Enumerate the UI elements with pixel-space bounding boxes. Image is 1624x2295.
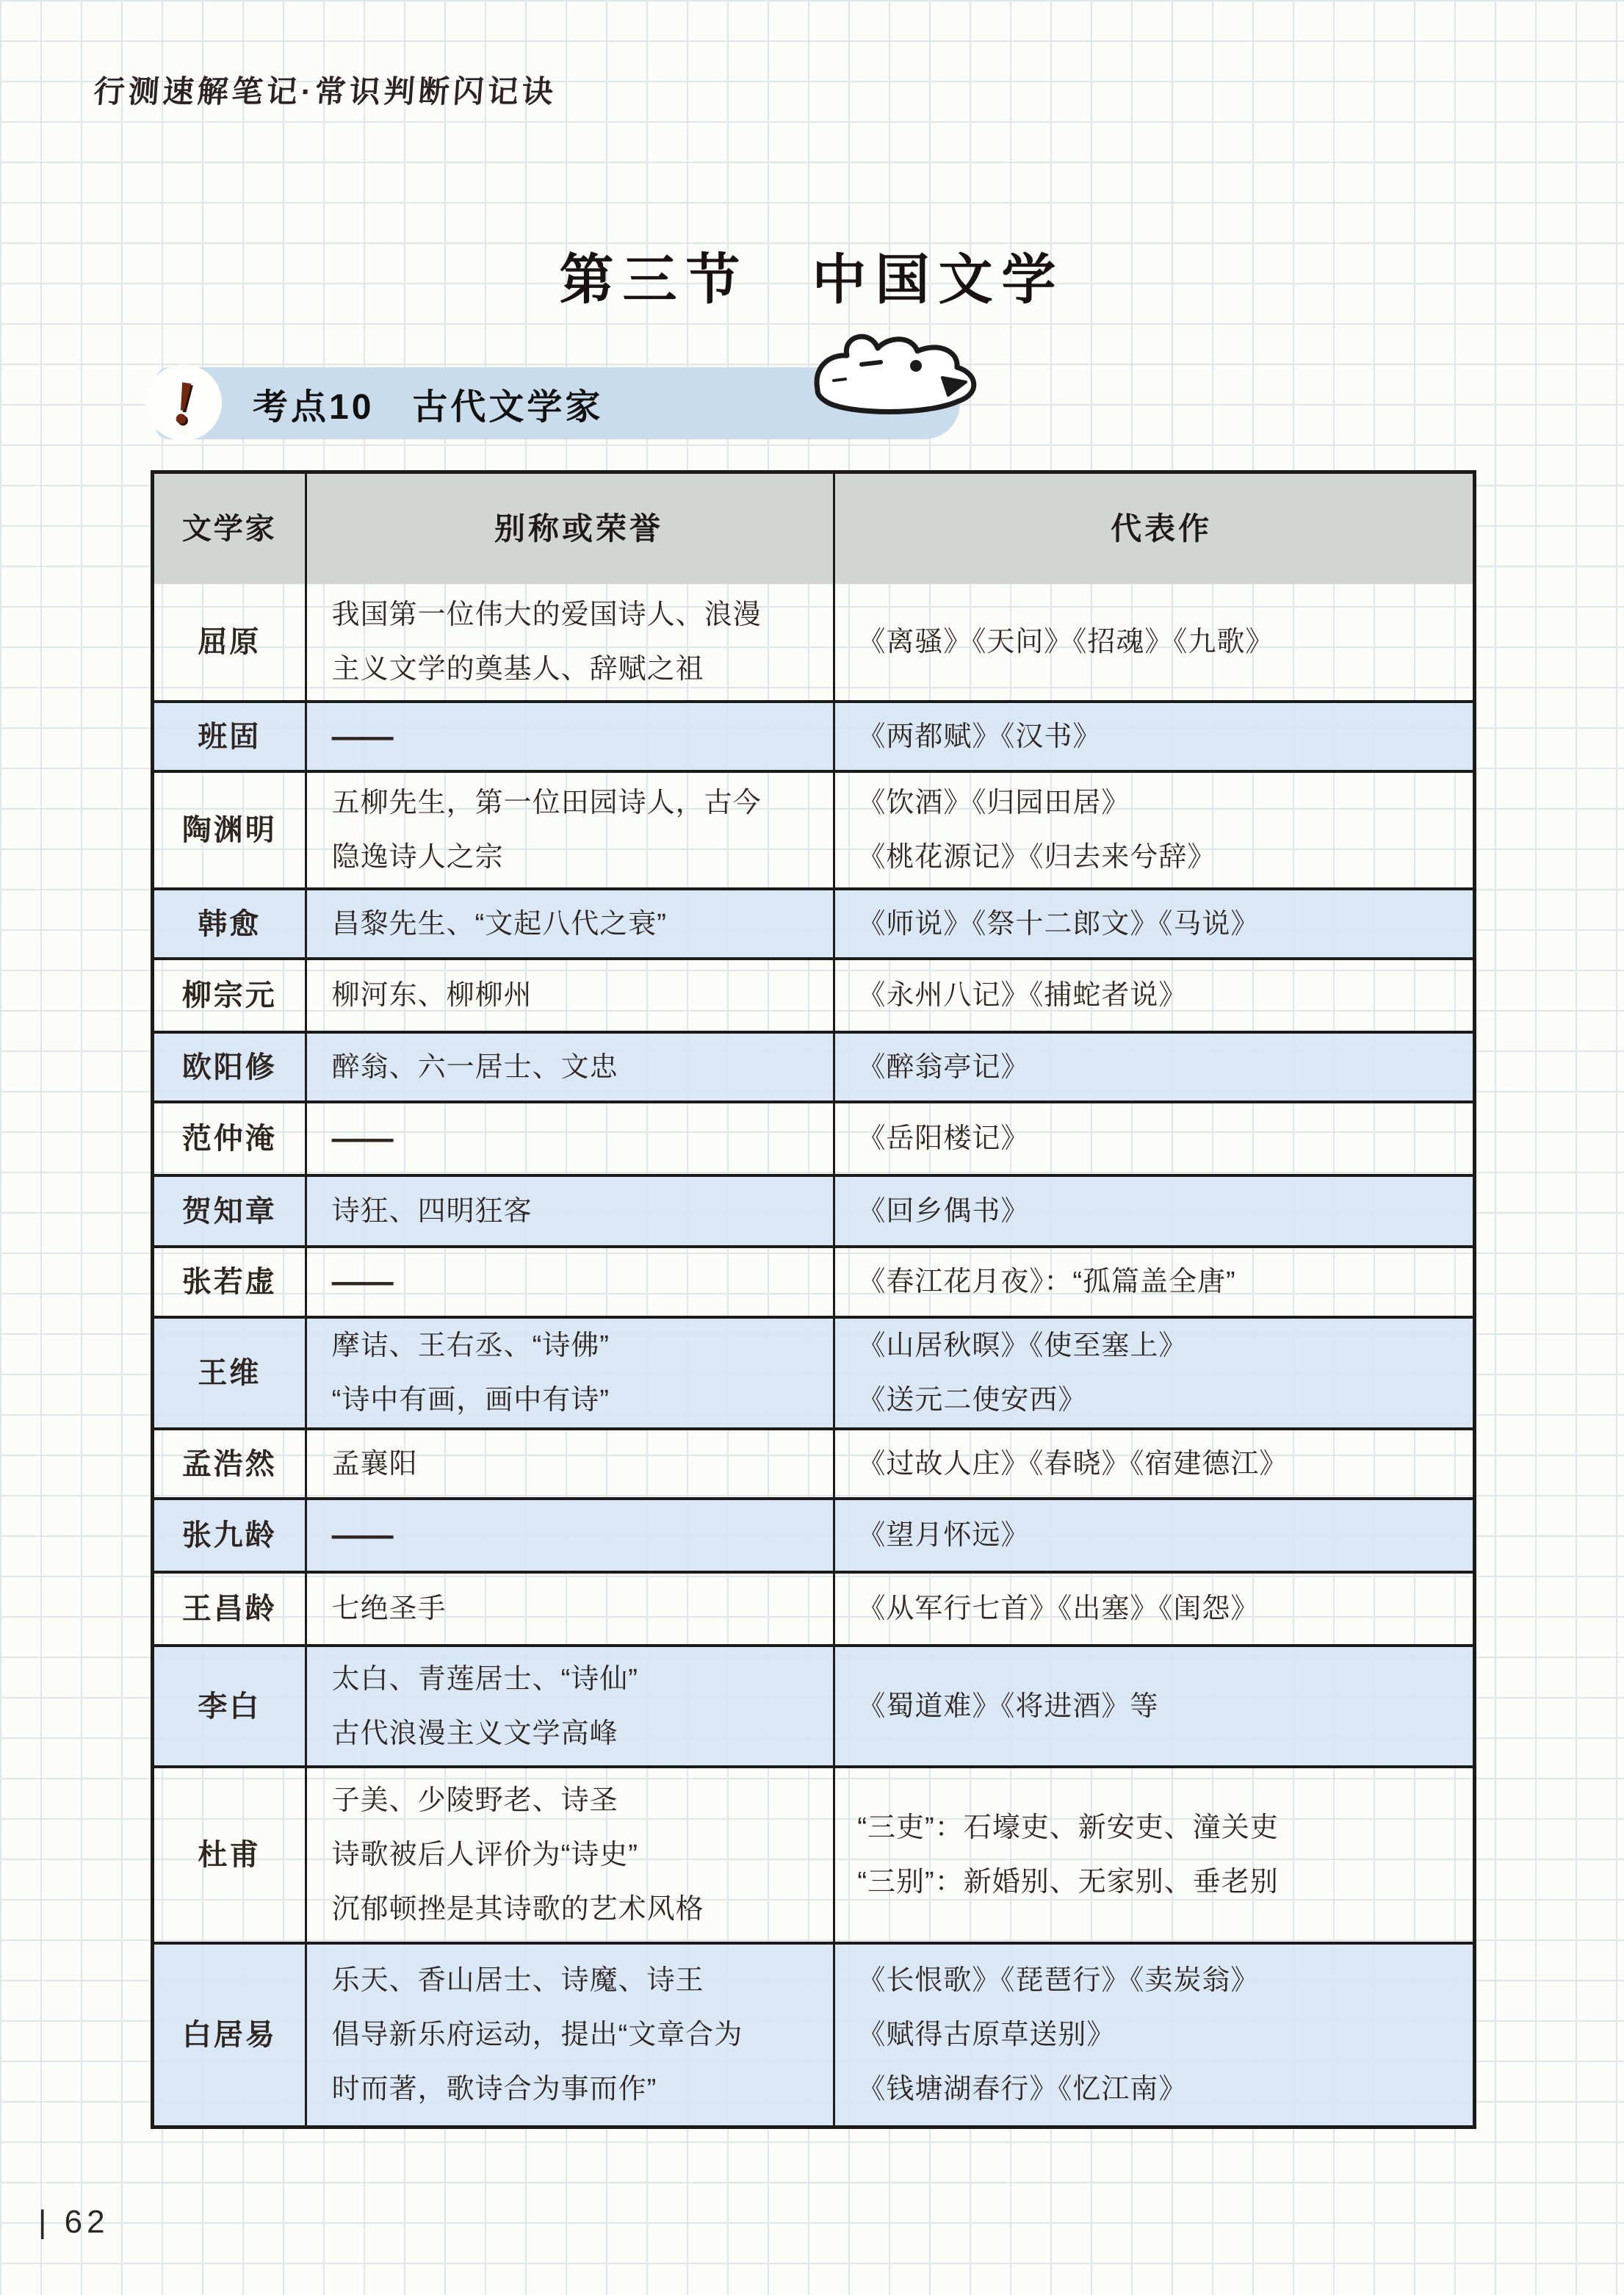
table-row: 范仲淹——《岳阳楼记》 <box>154 1100 1473 1174</box>
table-row: 班固——《两都赋》《汉书》 <box>154 700 1473 770</box>
table-row: 张九龄——《望月怀远》 <box>154 1497 1473 1571</box>
table-row: 李白太白、青莲居士、“诗仙”古代浪漫主义文学高峰《蜀道难》《将进酒》等 <box>154 1644 1473 1765</box>
cell-writer-name: 柳宗元 <box>154 960 305 1031</box>
table-row: 柳宗元柳河东、柳柳州《永州八记》《捕蛇者说》 <box>154 957 1473 1031</box>
page-title: 第三节 中国文学 <box>0 237 1624 314</box>
cell-writer-name: 欧阳修 <box>154 1034 305 1100</box>
page-number: | 62 <box>38 2204 109 2241</box>
exclamation-icon: ! <box>145 364 222 441</box>
cell-alias: 诗狂、四明狂客 <box>305 1177 834 1245</box>
table-row: 贺知章诗狂、四明狂客《回乡偶书》 <box>154 1174 1473 1245</box>
cell-alias: 孟襄阳 <box>305 1430 834 1497</box>
table-header-row: 文学家 别称或荣誉 代表作 <box>154 474 1473 584</box>
cell-alias: 摩诘、王右丞、“诗佛”“诗中有画，画中有诗” <box>305 1319 834 1427</box>
cell-works: 《从军行七首》《出塞》《闺怨》 <box>833 1574 1473 1644</box>
cell-alias: 乐天、香山居士、诗魔、诗王倡导新乐府运动，提出“文章合为时而著，歌诗合为事而作” <box>305 1945 834 2125</box>
cell-writer-name: 韩愈 <box>154 890 305 957</box>
table-row: 白居易乐天、香山居士、诗魔、诗王倡导新乐府运动，提出“文章合为时而著，歌诗合为事… <box>154 1942 1473 2125</box>
table-row: 屈原我国第一位伟大的爱国诗人、浪漫主义文学的奠基人、辞赋之祖《离骚》《天问》《招… <box>154 584 1473 700</box>
cell-writer-name: 王维 <box>154 1319 305 1427</box>
cell-writer-name: 屈原 <box>154 584 305 700</box>
cell-writer-name: 范仲淹 <box>154 1103 305 1174</box>
cell-works: 《蜀道难》《将进酒》等 <box>833 1647 1473 1765</box>
cell-works: 《岳阳楼记》 <box>833 1103 1473 1174</box>
table-row: 孟浩然孟襄阳《过故人庄》《春晓》《宿建德江》 <box>154 1427 1473 1497</box>
section-banner-label: 考点10 古代文学家 <box>253 378 603 429</box>
cell-alias: —— <box>305 1103 834 1174</box>
cell-writer-name: 杜甫 <box>154 1768 305 1942</box>
cell-alias: 昌黎先生、“文起八代之衰” <box>305 890 834 957</box>
cell-alias: —— <box>305 703 834 770</box>
frog-doodle-icon <box>804 322 995 423</box>
cell-works: 《回乡偶书》 <box>833 1177 1473 1245</box>
cell-writer-name: 李白 <box>154 1647 305 1765</box>
cell-alias: 子美、少陵野老、诗圣诗歌被后人评价为“诗史”沉郁顿挫是其诗歌的艺术风格 <box>305 1768 834 1942</box>
cell-works: 《过故人庄》《春晓》《宿建德江》 <box>833 1430 1473 1497</box>
cell-alias: 七绝圣手 <box>305 1574 834 1644</box>
cell-works: 《望月怀远》 <box>833 1500 1473 1571</box>
cell-alias: 五柳先生，第一位田园诗人，古今隐逸诗人之宗 <box>305 773 834 887</box>
cell-writer-name: 王昌龄 <box>154 1574 305 1644</box>
cell-writer-name: 张九龄 <box>154 1500 305 1571</box>
literati-table: 文学家 别称或荣誉 代表作 屈原我国第一位伟大的爱国诗人、浪漫主义文学的奠基人、… <box>151 470 1476 2129</box>
section-banner: ! 考点10 古代文学家 <box>156 367 960 439</box>
cell-works: 《饮酒》《归园田居》《桃花源记》《归去来兮辞》 <box>833 773 1473 887</box>
cell-writer-name: 白居易 <box>154 1945 305 2125</box>
cell-alias: —— <box>305 1500 834 1571</box>
cell-alias: 柳河东、柳柳州 <box>305 960 834 1031</box>
cell-works: 《山居秋暝》《使至塞上》《送元二使安西》 <box>833 1319 1473 1427</box>
cell-works: 《春江花月夜》：“孤篇盖全唐” <box>833 1248 1473 1316</box>
cell-works: 《师说》《祭十二郎文》《马说》 <box>833 890 1473 957</box>
cell-works: “三吏”：石壕吏、新安吏、潼关吏“三别”：新婚别、无家别、垂老别 <box>833 1768 1473 1942</box>
cell-works: 《醉翁亭记》 <box>833 1034 1473 1100</box>
header-cell-alias: 别称或荣誉 <box>305 474 834 584</box>
table-row: 王维摩诘、王右丞、“诗佛”“诗中有画，画中有诗”《山居秋暝》《使至塞上》《送元二… <box>154 1316 1473 1427</box>
cell-writer-name: 孟浩然 <box>154 1430 305 1497</box>
table-row: 陶渊明五柳先生，第一位田园诗人，古今隐逸诗人之宗《饮酒》《归园田居》《桃花源记》… <box>154 770 1473 887</box>
cell-writer-name: 贺知章 <box>154 1177 305 1245</box>
table-body: 屈原我国第一位伟大的爱国诗人、浪漫主义文学的奠基人、辞赋之祖《离骚》《天问》《招… <box>154 584 1473 2125</box>
cell-alias: 我国第一位伟大的爱国诗人、浪漫主义文学的奠基人、辞赋之祖 <box>305 584 834 700</box>
cell-works: 《永州八记》《捕蛇者说》 <box>833 960 1473 1031</box>
header-cell-works: 代表作 <box>833 474 1473 584</box>
table-row: 王昌龄七绝圣手《从军行七首》《出塞》《闺怨》 <box>154 1571 1473 1644</box>
header-cell-writer: 文学家 <box>154 474 305 584</box>
cell-alias: —— <box>305 1248 834 1316</box>
table-row: 韩愈昌黎先生、“文起八代之衰”《师说》《祭十二郎文》《马说》 <box>154 887 1473 957</box>
cell-writer-name: 陶渊明 <box>154 773 305 887</box>
cell-alias: 醉翁、六一居士、文忠 <box>305 1034 834 1100</box>
table-row: 杜甫子美、少陵野老、诗圣诗歌被后人评价为“诗史”沉郁顿挫是其诗歌的艺术风格“三吏… <box>154 1765 1473 1942</box>
table-row: 欧阳修醉翁、六一居士、文忠《醉翁亭记》 <box>154 1031 1473 1100</box>
cell-works: 《长恨歌》《琵琶行》《卖炭翁》《赋得古原草送别》《钱塘湖春行》《忆江南》 <box>833 1945 1473 2125</box>
cell-works: 《两都赋》《汉书》 <box>833 703 1473 770</box>
table-row: 张若虚——《春江花月夜》：“孤篇盖全唐” <box>154 1245 1473 1316</box>
book-header: 行测速解笔记·常识判断闪记诀 <box>93 68 558 112</box>
cell-alias: 太白、青莲居士、“诗仙”古代浪漫主义文学高峰 <box>305 1647 834 1765</box>
cell-writer-name: 张若虚 <box>154 1248 305 1316</box>
cell-writer-name: 班固 <box>154 703 305 770</box>
cell-works: 《离骚》《天问》《招魂》《九歌》 <box>833 584 1473 700</box>
